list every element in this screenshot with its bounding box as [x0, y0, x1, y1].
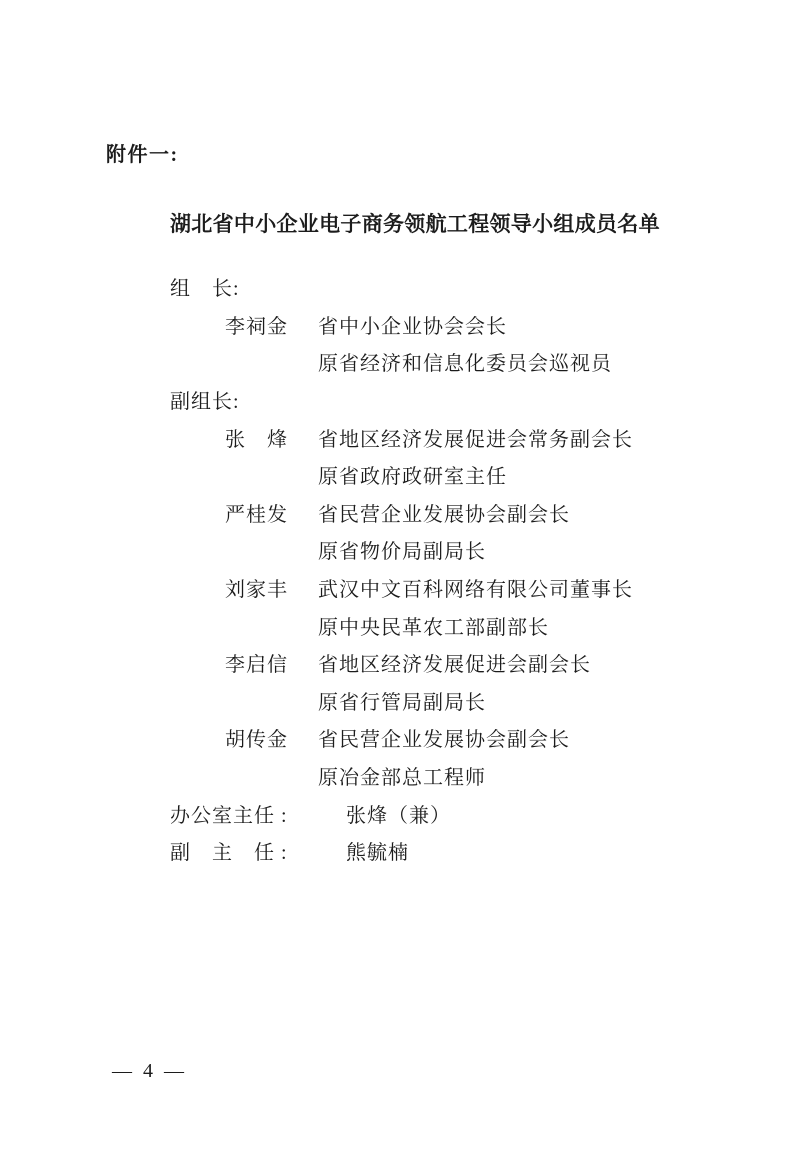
- office-director-name: 张烽（兼）: [346, 799, 451, 828]
- leader-row-continuation: 原省经济和信息化委员会巡视员: [170, 343, 770, 381]
- deputy-director-label: 副 主 任 :: [170, 836, 346, 865]
- section-label-leader: 组 长:: [170, 268, 770, 306]
- member-title-former: 原中央民革农工部副部长: [318, 611, 549, 640]
- member-title-current: 武汉中文百科网络有限公司董事长: [318, 573, 633, 602]
- deputy-director-name: 熊毓楠: [346, 836, 409, 865]
- member-title-current: 省民营企业发展协会副会长: [318, 723, 570, 752]
- member-name: 张 烽: [225, 423, 318, 452]
- section-label-deputy: 副组长:: [170, 381, 770, 419]
- deputy-row: 李启信 省地区经济发展促进会副会长: [170, 644, 770, 682]
- member-name: 严桂发: [225, 498, 318, 527]
- deputy-row-continuation: 原省行管局副局长: [170, 682, 770, 720]
- member-name: 李启信: [225, 648, 318, 677]
- deputy-row-continuation: 原省物价局副局长: [170, 531, 770, 569]
- deputy-row-continuation: 原中央民革农工部副部长: [170, 606, 770, 644]
- member-name: 刘家丰: [225, 573, 318, 602]
- deputy-row-continuation: 原省政府政研室主任: [170, 456, 770, 494]
- roster-content: 组 长: 李祠金 省中小企业协会会长 原省经济和信息化委员会巡视员 副组长: 张…: [170, 268, 770, 870]
- deputy-director-row: 副 主 任 : 熊毓楠: [170, 832, 770, 870]
- office-director-row: 办公室主任 : 张烽（兼）: [170, 794, 770, 832]
- member-name: 胡传金: [225, 723, 318, 752]
- document-page: 附件一: 湖北省中小企业电子商务领航工程领导小组成员名单 组 长: 李祠金 省中…: [0, 0, 800, 1162]
- deputy-row-continuation: 原冶金部总工程师: [170, 757, 770, 795]
- member-title-former: 原省政府政研室主任: [318, 460, 507, 489]
- office-director-label: 办公室主任 :: [170, 799, 346, 828]
- member-title-former: 原省经济和信息化委员会巡视员: [318, 347, 612, 376]
- page-title: 湖北省中小企业电子商务领航工程领导小组成员名单: [170, 208, 660, 238]
- deputy-row: 严桂发 省民营企业发展协会副会长: [170, 494, 770, 532]
- member-title-former: 原省物价局副局长: [318, 535, 486, 564]
- member-title-former: 原省行管局副局长: [318, 686, 486, 715]
- deputy-row: 刘家丰 武汉中文百科网络有限公司董事长: [170, 569, 770, 607]
- member-title-current: 省中小企业协会会长: [318, 310, 507, 339]
- deputy-row: 张 烽 省地区经济发展促进会常务副会长: [170, 418, 770, 456]
- attachment-label: 附件一:: [106, 138, 179, 167]
- member-title-current: 省民营企业发展协会副会长: [318, 498, 570, 527]
- page-number: — 4 —: [112, 1060, 187, 1083]
- member-title-former: 原冶金部总工程师: [318, 761, 486, 790]
- section-label-leader-text: 组 长:: [170, 272, 240, 301]
- member-title-current: 省地区经济发展促进会常务副会长: [318, 423, 633, 452]
- member-title-current: 省地区经济发展促进会副会长: [318, 648, 591, 677]
- deputy-row: 胡传金 省民营企业发展协会副会长: [170, 719, 770, 757]
- section-label-deputy-text: 副组长:: [170, 385, 240, 414]
- member-name: 李祠金: [225, 310, 318, 339]
- leader-row: 李祠金 省中小企业协会会长: [170, 306, 770, 344]
